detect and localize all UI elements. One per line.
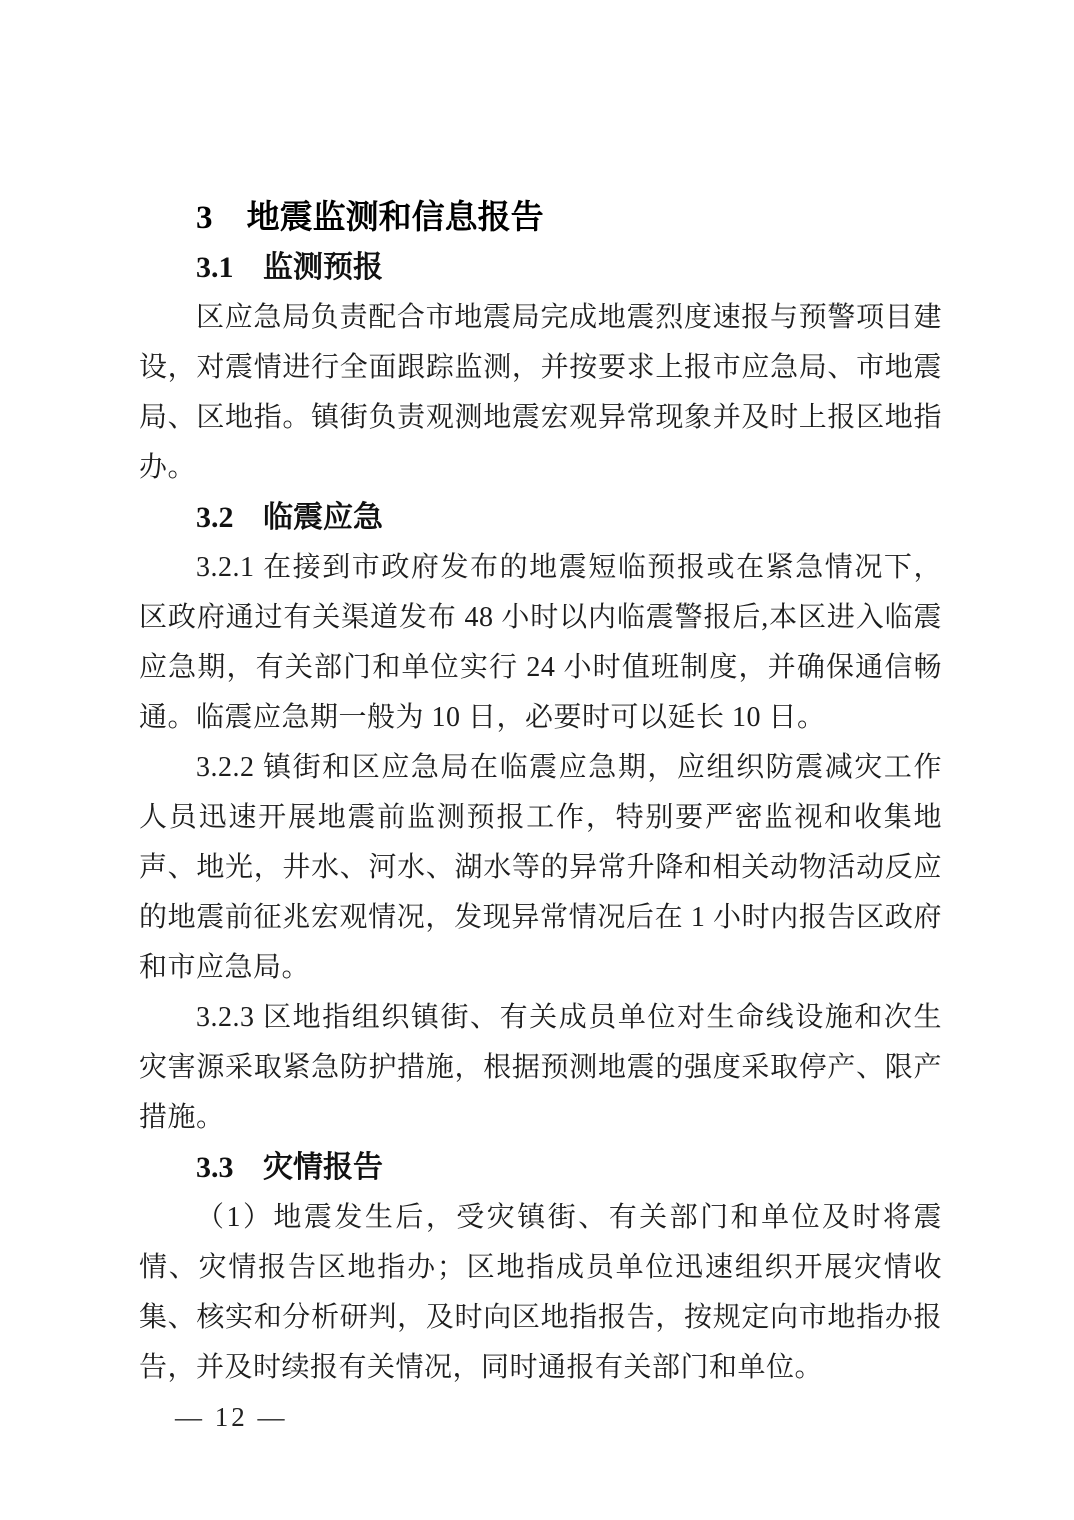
section-number: 3.1 bbox=[196, 251, 234, 284]
paragraph: 3.2.2 镇街和区应急局在临震应急期，应组织防震减灾工作人员迅速开展地震前监测… bbox=[139, 743, 942, 993]
paragraph: 3.2.1 在接到市政府发布的地震短临预报或在紧急情况下，区政府通过有关渠道发布… bbox=[139, 543, 942, 743]
chapter-title: 地震监测和信息报告 bbox=[247, 198, 544, 235]
paragraph: 区应急局负责配合市地震局完成地震烈度速报与预警项目建设，对震情进行全面跟踪监测，… bbox=[139, 293, 942, 493]
section-number: 3.2 bbox=[196, 501, 234, 534]
chapter-heading: 3 地震监测和信息报告 bbox=[139, 192, 942, 243]
section-number: 3.3 bbox=[196, 1151, 234, 1184]
section-heading-3-3: 3.3 灾情报告 bbox=[139, 1143, 942, 1193]
document-page: 3 地震监测和信息报告 3.1 监测预报 区应急局负责配合市地震局完成地震烈度速… bbox=[0, 0, 1074, 1520]
section-title: 临震应急 bbox=[263, 501, 383, 534]
section-heading-3-1: 3.1 监测预报 bbox=[139, 243, 942, 293]
page-content: 3 地震监测和信息报告 3.1 监测预报 区应急局负责配合市地震局完成地震烈度速… bbox=[139, 192, 942, 1437]
section-title: 监测预报 bbox=[263, 251, 383, 284]
paragraph: （1）地震发生后，受灾镇街、有关部门和单位及时将震情、灾情报告区地指办；区地指成… bbox=[139, 1193, 942, 1393]
paragraph: 3.2.3 区地指组织镇街、有关成员单位对生命线设施和次生灾害源采取紧急防护措施… bbox=[139, 993, 942, 1143]
page-number: — 12 — bbox=[139, 1397, 942, 1437]
section-title: 灾情报告 bbox=[263, 1151, 383, 1184]
section-heading-3-2: 3.2 临震应急 bbox=[139, 493, 942, 543]
chapter-number: 3 bbox=[196, 200, 213, 236]
